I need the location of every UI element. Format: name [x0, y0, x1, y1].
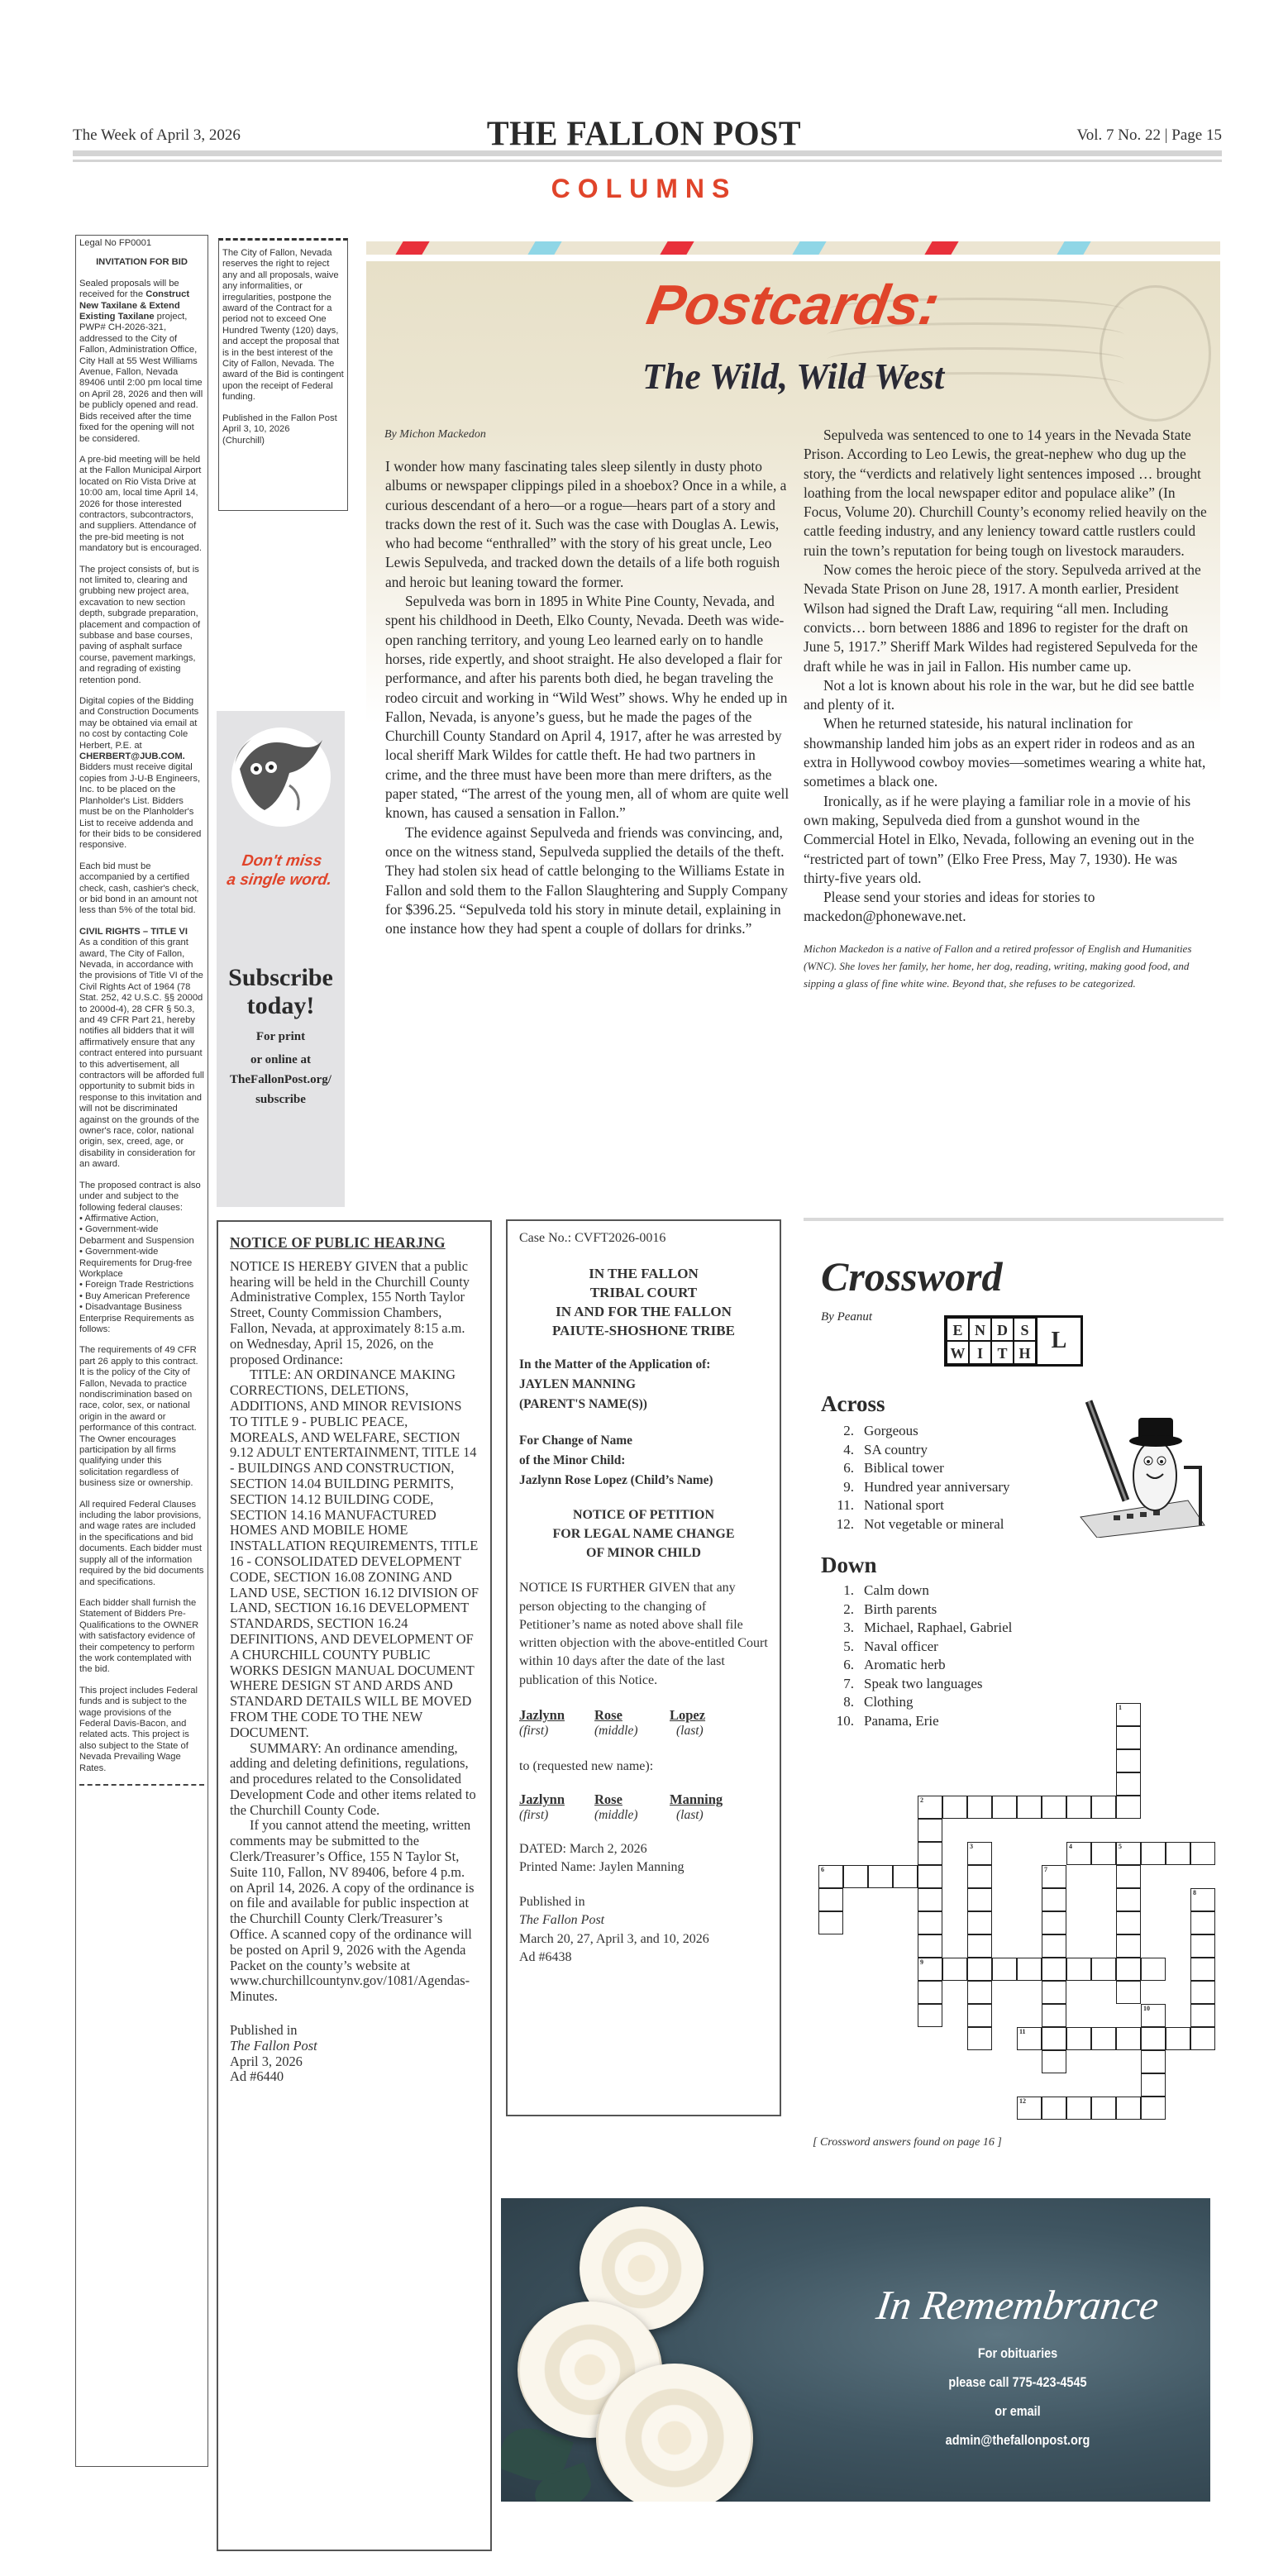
- article-paragraph: Sepulveda was sentenced to one to 14 yea…: [804, 426, 1213, 561]
- theme-letter: T: [991, 1341, 1014, 1364]
- article-column-left: I wonder how many fascinating tales slee…: [385, 457, 790, 938]
- crossword-cell[interactable]: 12: [1017, 2097, 1042, 2120]
- dated-line: DATED: March 2, 2026: [519, 1840, 768, 1858]
- clue-item: 7.Speak two languages: [827, 1675, 1012, 1694]
- crossword-cell[interactable]: [1042, 2097, 1066, 2120]
- crossword-cell[interactable]: [893, 1865, 918, 1888]
- crossword-cell[interactable]: [843, 1865, 868, 1888]
- publication-name: The Fallon Post: [519, 1911, 768, 1930]
- clue-item: 6.Biblical tower: [827, 1459, 1010, 1478]
- crossword-cell[interactable]: [1190, 1911, 1215, 1934]
- clue-item: 8.Clothing: [827, 1693, 1012, 1712]
- new-last-name: Manning: [670, 1791, 723, 1807]
- crossword-cell[interactable]: [992, 1796, 1017, 1819]
- clause-item: • Foreign Trade Restrictions: [79, 1280, 204, 1290]
- crossword-cell[interactable]: [1116, 1958, 1141, 1981]
- last-label: (last): [670, 1808, 704, 1824]
- crossword-cell[interactable]: [1190, 1981, 1215, 2004]
- legal-paragraph: Digital copies of the Bidding and Constr…: [79, 696, 204, 852]
- notice-paragraph: SUMMARY: An ordinance amending, adding a…: [230, 1741, 479, 1819]
- legal-paragraph: The City of Fallon, Nevada reserves the …: [222, 248, 344, 403]
- crossword-cell[interactable]: [1141, 2027, 1166, 2050]
- crossword-title: Crossword: [821, 1252, 1003, 1300]
- legal-paragraph: The requirements of 49 CFR part 26 apply…: [79, 1345, 204, 1489]
- tribal-court-notice: Case No.: CVFT2026-0016 IN THE FALLON TR…: [506, 1219, 781, 2116]
- crossword-cell[interactable]: 2: [918, 1796, 942, 1819]
- theme-letter: H: [1014, 1341, 1036, 1364]
- petition-title: OF MINOR CHILD: [519, 1543, 768, 1562]
- notice-paragraph: If you cannot attend the meeting, writte…: [230, 1818, 479, 2005]
- clause-item: • Affirmative Action,: [79, 1214, 204, 1224]
- crossword-cell[interactable]: [1116, 1772, 1141, 1796]
- crossword-cell[interactable]: [1066, 1958, 1091, 1981]
- crossword-cell[interactable]: [918, 1888, 942, 1911]
- theme-letter: E: [947, 1318, 969, 1341]
- subscribe-headline: Subscribe: [217, 964, 345, 992]
- crossword-cell[interactable]: [967, 1796, 992, 1819]
- legal-paragraph: The proposed contract is also under and …: [79, 1181, 204, 1214]
- published-date: April 3, 2026: [230, 2054, 479, 2070]
- crossword-cell[interactable]: [1141, 2073, 1166, 2097]
- middle-label: (middle): [594, 1808, 670, 1824]
- subscribe-print: For print: [217, 1027, 345, 1047]
- crossword-cell[interactable]: [942, 1796, 967, 1819]
- crossword-cell[interactable]: [1116, 1981, 1141, 2004]
- crossword-cell[interactable]: 11: [1017, 2027, 1042, 2050]
- clue-number: 7: [1044, 1866, 1047, 1873]
- crossword-cell[interactable]: [1091, 2097, 1116, 2120]
- masthead-rule-thin: [73, 160, 1222, 162]
- crossword-cell[interactable]: [1042, 1958, 1066, 1981]
- crossword-cell[interactable]: [1066, 1796, 1091, 1819]
- crossword-cell[interactable]: [1116, 1865, 1141, 1888]
- obituary-line: or email: [902, 2397, 1134, 2426]
- article-paragraph: Ironically, as if he were playing a fami…: [804, 792, 1213, 888]
- crossword-cell[interactable]: [1042, 1911, 1066, 1934]
- theme-letter: W: [947, 1341, 969, 1364]
- crossword-cell[interactable]: [1116, 1888, 1141, 1911]
- crossword-cell[interactable]: [967, 1981, 992, 2004]
- clue-number: 10: [1143, 2005, 1150, 2012]
- theme-letter: S: [1014, 1318, 1036, 1341]
- first-label: (first): [519, 1724, 594, 1739]
- crossword-cell[interactable]: 5: [1116, 1842, 1141, 1865]
- obituary-line: For obituaries: [902, 2339, 1134, 2368]
- published-dates: April 3, 10, 2026: [222, 424, 344, 435]
- crossword-cell[interactable]: [1091, 2027, 1116, 2050]
- clue-number: 11: [1019, 2028, 1026, 2035]
- clue-item: 2.Birth parents: [827, 1600, 1012, 1620]
- legal-notice-continued: The City of Fallon, Nevada reserves the …: [218, 238, 348, 511]
- legal-heading: INVITATION FOR BID: [79, 257, 204, 268]
- legal-paragraph: Each bidder shall furnish the Statement …: [79, 1598, 204, 1676]
- legal-paragraph: A pre-bid meeting will be held at the Fa…: [79, 455, 204, 555]
- crossword-theme-box: E N D S W I T H L: [944, 1315, 1083, 1367]
- clue-item: 6.Aromatic herb: [827, 1656, 1012, 1675]
- article-paragraph: Not a lot is known about his role in the…: [804, 676, 1213, 715]
- legal-paragraph: Sealed proposals will be received for th…: [79, 279, 204, 445]
- new-first-name: Jazlynn: [519, 1791, 565, 1807]
- old-middle-name: Rose: [594, 1707, 623, 1723]
- crossword-cell[interactable]: [1166, 1842, 1190, 1865]
- crossword-cell[interactable]: [1091, 1958, 1116, 1981]
- published-in: Published in the Fallon Post: [222, 413, 344, 424]
- notice-paragraph: NOTICE IS HEREBY GIVEN that a public hea…: [230, 1259, 479, 1368]
- crossword-cell[interactable]: 8: [1190, 1888, 1215, 1911]
- article-paragraph: I wonder how many fascinating tales slee…: [385, 457, 790, 592]
- matter-line: In the Matter of the Application of:: [519, 1355, 768, 1375]
- crossword-cell[interactable]: [1042, 2004, 1066, 2027]
- legal-paragraph: All required Federal Clauses including t…: [79, 1500, 204, 1588]
- court-name: IN THE FALLON: [519, 1264, 768, 1283]
- article-paragraph: Now comes the heroic piece of the story.…: [804, 561, 1213, 676]
- across-heading: Across: [821, 1391, 885, 1417]
- crossword-cell[interactable]: [1091, 1842, 1116, 1865]
- change-line: of the Minor Child:: [519, 1451, 768, 1471]
- crossword-cell[interactable]: [1017, 1958, 1042, 1981]
- crossword-cell[interactable]: [1141, 1958, 1166, 1981]
- requested-label: to (requested new name):: [519, 1758, 768, 1776]
- first-label: (first): [519, 1808, 594, 1824]
- author-bio: Michon Mackedon is a native of Fallon an…: [804, 940, 1213, 992]
- crossword-cell[interactable]: [967, 2004, 992, 2027]
- crossword-cell[interactable]: 4: [1066, 1842, 1091, 1865]
- notice-title: NOTICE OF PUBLIC HEARJNG: [230, 1235, 479, 1251]
- subscribe-ad[interactable]: Don't miss a single word. Subscribe toda…: [217, 711, 345, 1207]
- obituary-email[interactable]: admin@thefallonpost.org: [902, 2426, 1134, 2454]
- legal-paragraph: Each bid must be accompanied by a certif…: [79, 861, 204, 917]
- public-hearing-notice: NOTICE OF PUBLIC HEARJNG NOTICE IS HEREB…: [217, 1220, 492, 2551]
- crossword-cell[interactable]: 10: [1141, 2004, 1166, 2027]
- crossword-cell[interactable]: [868, 1865, 893, 1888]
- clue-item: 2.Gorgeous: [827, 1422, 1010, 1441]
- crossword-cell[interactable]: [818, 1911, 843, 1934]
- clue-item: 4.SA country: [827, 1441, 1010, 1460]
- clue-number: 3: [970, 1843, 973, 1850]
- down-clues: 1.Calm down 2.Birth parents 3.Michael, R…: [827, 1581, 1012, 1730]
- crossword-cell[interactable]: [967, 1865, 992, 1888]
- subscribe-link[interactable]: TheFallonPost.org/: [217, 1070, 345, 1090]
- crossword-cell[interactable]: [918, 1842, 942, 1865]
- court-name: TRIBAL COURT: [519, 1283, 768, 1302]
- crossword-byline: By Peanut: [821, 1310, 872, 1324]
- published-in: Published in: [519, 1893, 768, 1911]
- crossword-cell[interactable]: [918, 1934, 942, 1958]
- crossword-cell[interactable]: 6: [818, 1865, 843, 1888]
- crossword-cell[interactable]: [1141, 1842, 1166, 1865]
- legal-paragraph: As a condition of this grant award, The …: [79, 937, 204, 1171]
- crossword-cell[interactable]: [1042, 2050, 1066, 2073]
- crossword-cell[interactable]: [1042, 1796, 1066, 1819]
- crossword-cell[interactable]: [967, 1888, 992, 1911]
- crossword-cell[interactable]: [1066, 2027, 1091, 2050]
- applicant-name: JAYLEN MANNING: [519, 1375, 768, 1395]
- clue-item: 11.National sport: [827, 1496, 1010, 1515]
- petition-title: FOR LEGAL NAME CHANGE: [519, 1524, 768, 1543]
- clause-item: • Government-wide Requirements for Drug-…: [79, 1247, 204, 1280]
- crossword-cell[interactable]: [1190, 1842, 1215, 1865]
- crossword-cell[interactable]: [1042, 1981, 1066, 2004]
- legal-paragraph: This project includes Federal funds and …: [79, 1686, 204, 1774]
- crossword-cell[interactable]: [1042, 2027, 1066, 2050]
- article-paragraph: When he returned stateside, his natural …: [804, 714, 1213, 791]
- clue-number: 1: [1119, 1704, 1122, 1711]
- crossword-cell[interactable]: [1141, 2050, 1166, 2073]
- crossword-cell[interactable]: [1116, 1726, 1141, 1749]
- clue-item: 3.Michael, Raphael, Gabriel: [827, 1619, 1012, 1638]
- clue-number: 6: [821, 1866, 824, 1873]
- legal-number: Legal No FP0001: [79, 238, 204, 249]
- crossword-cell[interactable]: [1091, 1796, 1116, 1819]
- crossword-cell[interactable]: [1116, 2027, 1141, 2050]
- subscribe-link[interactable]: subscribe: [217, 1090, 345, 1109]
- article-column-right: Sepulveda was sentenced to one to 14 yea…: [804, 426, 1213, 992]
- remembrance-title: In Remembrance: [845, 2281, 1190, 2329]
- clause-item: • Buy American Preference: [79, 1291, 204, 1302]
- crossword-answers-note: [ Crossword answers found on page 16 ]: [813, 2136, 1002, 2149]
- crossword-cell[interactable]: [1116, 1749, 1141, 1772]
- theme-letter: D: [991, 1318, 1014, 1341]
- crossword-cell[interactable]: [918, 1819, 942, 1842]
- court-name: IN AND FOR THE FALLON: [519, 1302, 768, 1321]
- crossword-cell[interactable]: [967, 1911, 992, 1934]
- crossword-cell[interactable]: [1116, 1911, 1141, 1934]
- crossword-cell[interactable]: [1190, 1958, 1215, 1981]
- volume-page: Vol. 7 No. 22 | Page 15: [1076, 126, 1222, 145]
- crossword-cell[interactable]: 7: [1042, 1865, 1066, 1888]
- ad-number: Ad #6438: [519, 1949, 768, 1967]
- publication-name: The Fallon Post: [230, 2039, 479, 2054]
- crossword-cell[interactable]: [1017, 1796, 1042, 1819]
- owl-illustration-icon: [231, 727, 331, 827]
- child-name: Jazlynn Rose Lopez (Child’s Name): [519, 1471, 768, 1491]
- column-kicker: Postcards:: [360, 273, 1226, 337]
- clause-item: • Disadvantage Business Enterprise Requi…: [79, 1302, 204, 1335]
- old-last-name: Lopez: [670, 1707, 705, 1723]
- crossword-cell[interactable]: [1141, 2097, 1166, 2120]
- crossword-cell[interactable]: 1: [1116, 1703, 1141, 1726]
- masthead-rule: [73, 150, 1222, 156]
- notice-paragraph: NOTICE IS FURTHER GIVEN that any person …: [519, 1579, 768, 1690]
- crossword-cell[interactable]: [992, 1958, 1017, 1981]
- down-heading: Down: [821, 1553, 877, 1578]
- subscribe-headline: today!: [217, 992, 345, 1020]
- clue-number: 12: [1019, 2097, 1026, 2105]
- subscribe-online: or online at: [217, 1050, 345, 1070]
- article-paragraph: Sepulveda was born in 1895 in White Pine…: [385, 592, 790, 823]
- notice-paragraph: TITLE: AN ORDINANCE MAKING CORRECTIONS, …: [230, 1367, 479, 1740]
- clue-item: 9.Hundred year anniversary: [827, 1478, 1010, 1497]
- legal-notice-invitation-for-bid: Legal No FP0001 INVITATION FOR BID Seale…: [75, 235, 208, 2467]
- contact-email: CHERBERT@JUB.COM.: [79, 751, 185, 761]
- article-byline: By Michon Mackedon: [384, 428, 486, 441]
- published-dates: March 20, 27, April 3, and 10, 2026: [519, 1930, 768, 1949]
- crossword-cell[interactable]: [918, 2004, 942, 2027]
- crossword-cell[interactable]: [967, 1934, 992, 1958]
- applicant-label: (PARENT'S NAME(S)): [519, 1395, 768, 1414]
- clue-number: 2: [920, 1796, 923, 1804]
- crossword-cell[interactable]: [967, 2027, 992, 2050]
- clue-item: 5.Naval officer: [827, 1638, 1012, 1657]
- airmail-stripe: [366, 241, 1220, 255]
- crossword-cell[interactable]: 9: [918, 1958, 942, 1981]
- subscribe-tagline: a single word.: [214, 871, 345, 890]
- crossword-cell[interactable]: [1042, 1888, 1066, 1911]
- clause-item: • Government-wide Debarment and Suspensi…: [79, 1224, 204, 1247]
- case-number: Case No.: CVFT2026-0016: [519, 1229, 768, 1247]
- remembrance-ad[interactable]: In Remembrance For obituaries please cal…: [501, 2198, 1210, 2502]
- clue-number: 8: [1193, 1889, 1196, 1896]
- published-county: (Churchill): [222, 436, 344, 446]
- new-middle-name: Rose: [594, 1791, 623, 1807]
- clue-number: 9: [920, 1958, 923, 1966]
- crossword-cell[interactable]: [818, 1888, 843, 1911]
- legal-paragraph: The project consists of, but is not limi…: [79, 565, 204, 686]
- published-in: Published in: [230, 2023, 479, 2039]
- theme-letter: N: [969, 1318, 991, 1341]
- crossword-cell[interactable]: [1116, 2097, 1141, 2120]
- subscribe-tagline: Don't miss: [217, 852, 347, 871]
- clue-item: 12.Not vegetable or mineral: [827, 1515, 1010, 1534]
- crossword-rule: [804, 1218, 1224, 1221]
- court-name: PAIUTE-SHOSHONE TRIBE: [519, 1321, 768, 1340]
- crossword-cell[interactable]: [918, 1911, 942, 1934]
- across-clues: 2.Gorgeous 4.SA country 6.Biblical tower…: [827, 1422, 1010, 1534]
- clue-item: 1.Calm down: [827, 1581, 1012, 1600]
- crossword-cell[interactable]: [1042, 1934, 1066, 1958]
- crossword-cell[interactable]: [1190, 2004, 1215, 2027]
- clue-item: 10.Panama, Erie: [827, 1712, 1012, 1731]
- crossword-cell[interactable]: [1166, 2027, 1190, 2050]
- petition-title: NOTICE OF PETITION: [519, 1505, 768, 1524]
- clue-number: 4: [1069, 1843, 1072, 1850]
- dashed-divider: [79, 1784, 204, 1786]
- middle-label: (middle): [594, 1724, 670, 1739]
- civil-rights-heading: CIVIL RIGHTS – TITLE VI: [79, 927, 204, 937]
- change-line: For Change of Name: [519, 1431, 768, 1451]
- crossword-cell[interactable]: [1116, 1934, 1141, 1958]
- theme-letter-big: L: [1036, 1318, 1080, 1364]
- old-first-name: Jazlynn: [519, 1707, 565, 1723]
- crossword-cell[interactable]: [918, 1865, 942, 1888]
- crossword-cell[interactable]: [967, 1958, 992, 1981]
- clue-number: 5: [1119, 1843, 1122, 1850]
- section-label: COLUMNS: [0, 174, 1288, 204]
- crossword-cell[interactable]: [942, 1958, 967, 1981]
- last-label: (last): [670, 1724, 704, 1739]
- crossword-cell[interactable]: [918, 1981, 942, 2004]
- article-paragraph: Please send your stories and ideas for s…: [804, 888, 1213, 927]
- white-rose-icon: [596, 2364, 753, 2502]
- crossword-cell[interactable]: [1066, 2097, 1091, 2120]
- theme-letter: I: [969, 1341, 991, 1364]
- crossword-cell[interactable]: [1190, 2027, 1215, 2050]
- ad-number: Ad #6440: [230, 2069, 479, 2085]
- article-title: The Wild, Wild West: [366, 355, 1220, 398]
- crossword-cell[interactable]: [1190, 1934, 1215, 1958]
- crossword-cell[interactable]: 3: [967, 1842, 992, 1865]
- crossword-cell[interactable]: [1116, 1796, 1141, 1819]
- article-paragraph: The evidence against Sepulveda and frien…: [385, 823, 790, 939]
- printed-name: Printed Name: Jaylen Manning: [519, 1858, 768, 1877]
- peanut-mascot-icon: [1056, 1393, 1213, 1538]
- obituary-phone[interactable]: please call 775-423-4545: [902, 2368, 1134, 2397]
